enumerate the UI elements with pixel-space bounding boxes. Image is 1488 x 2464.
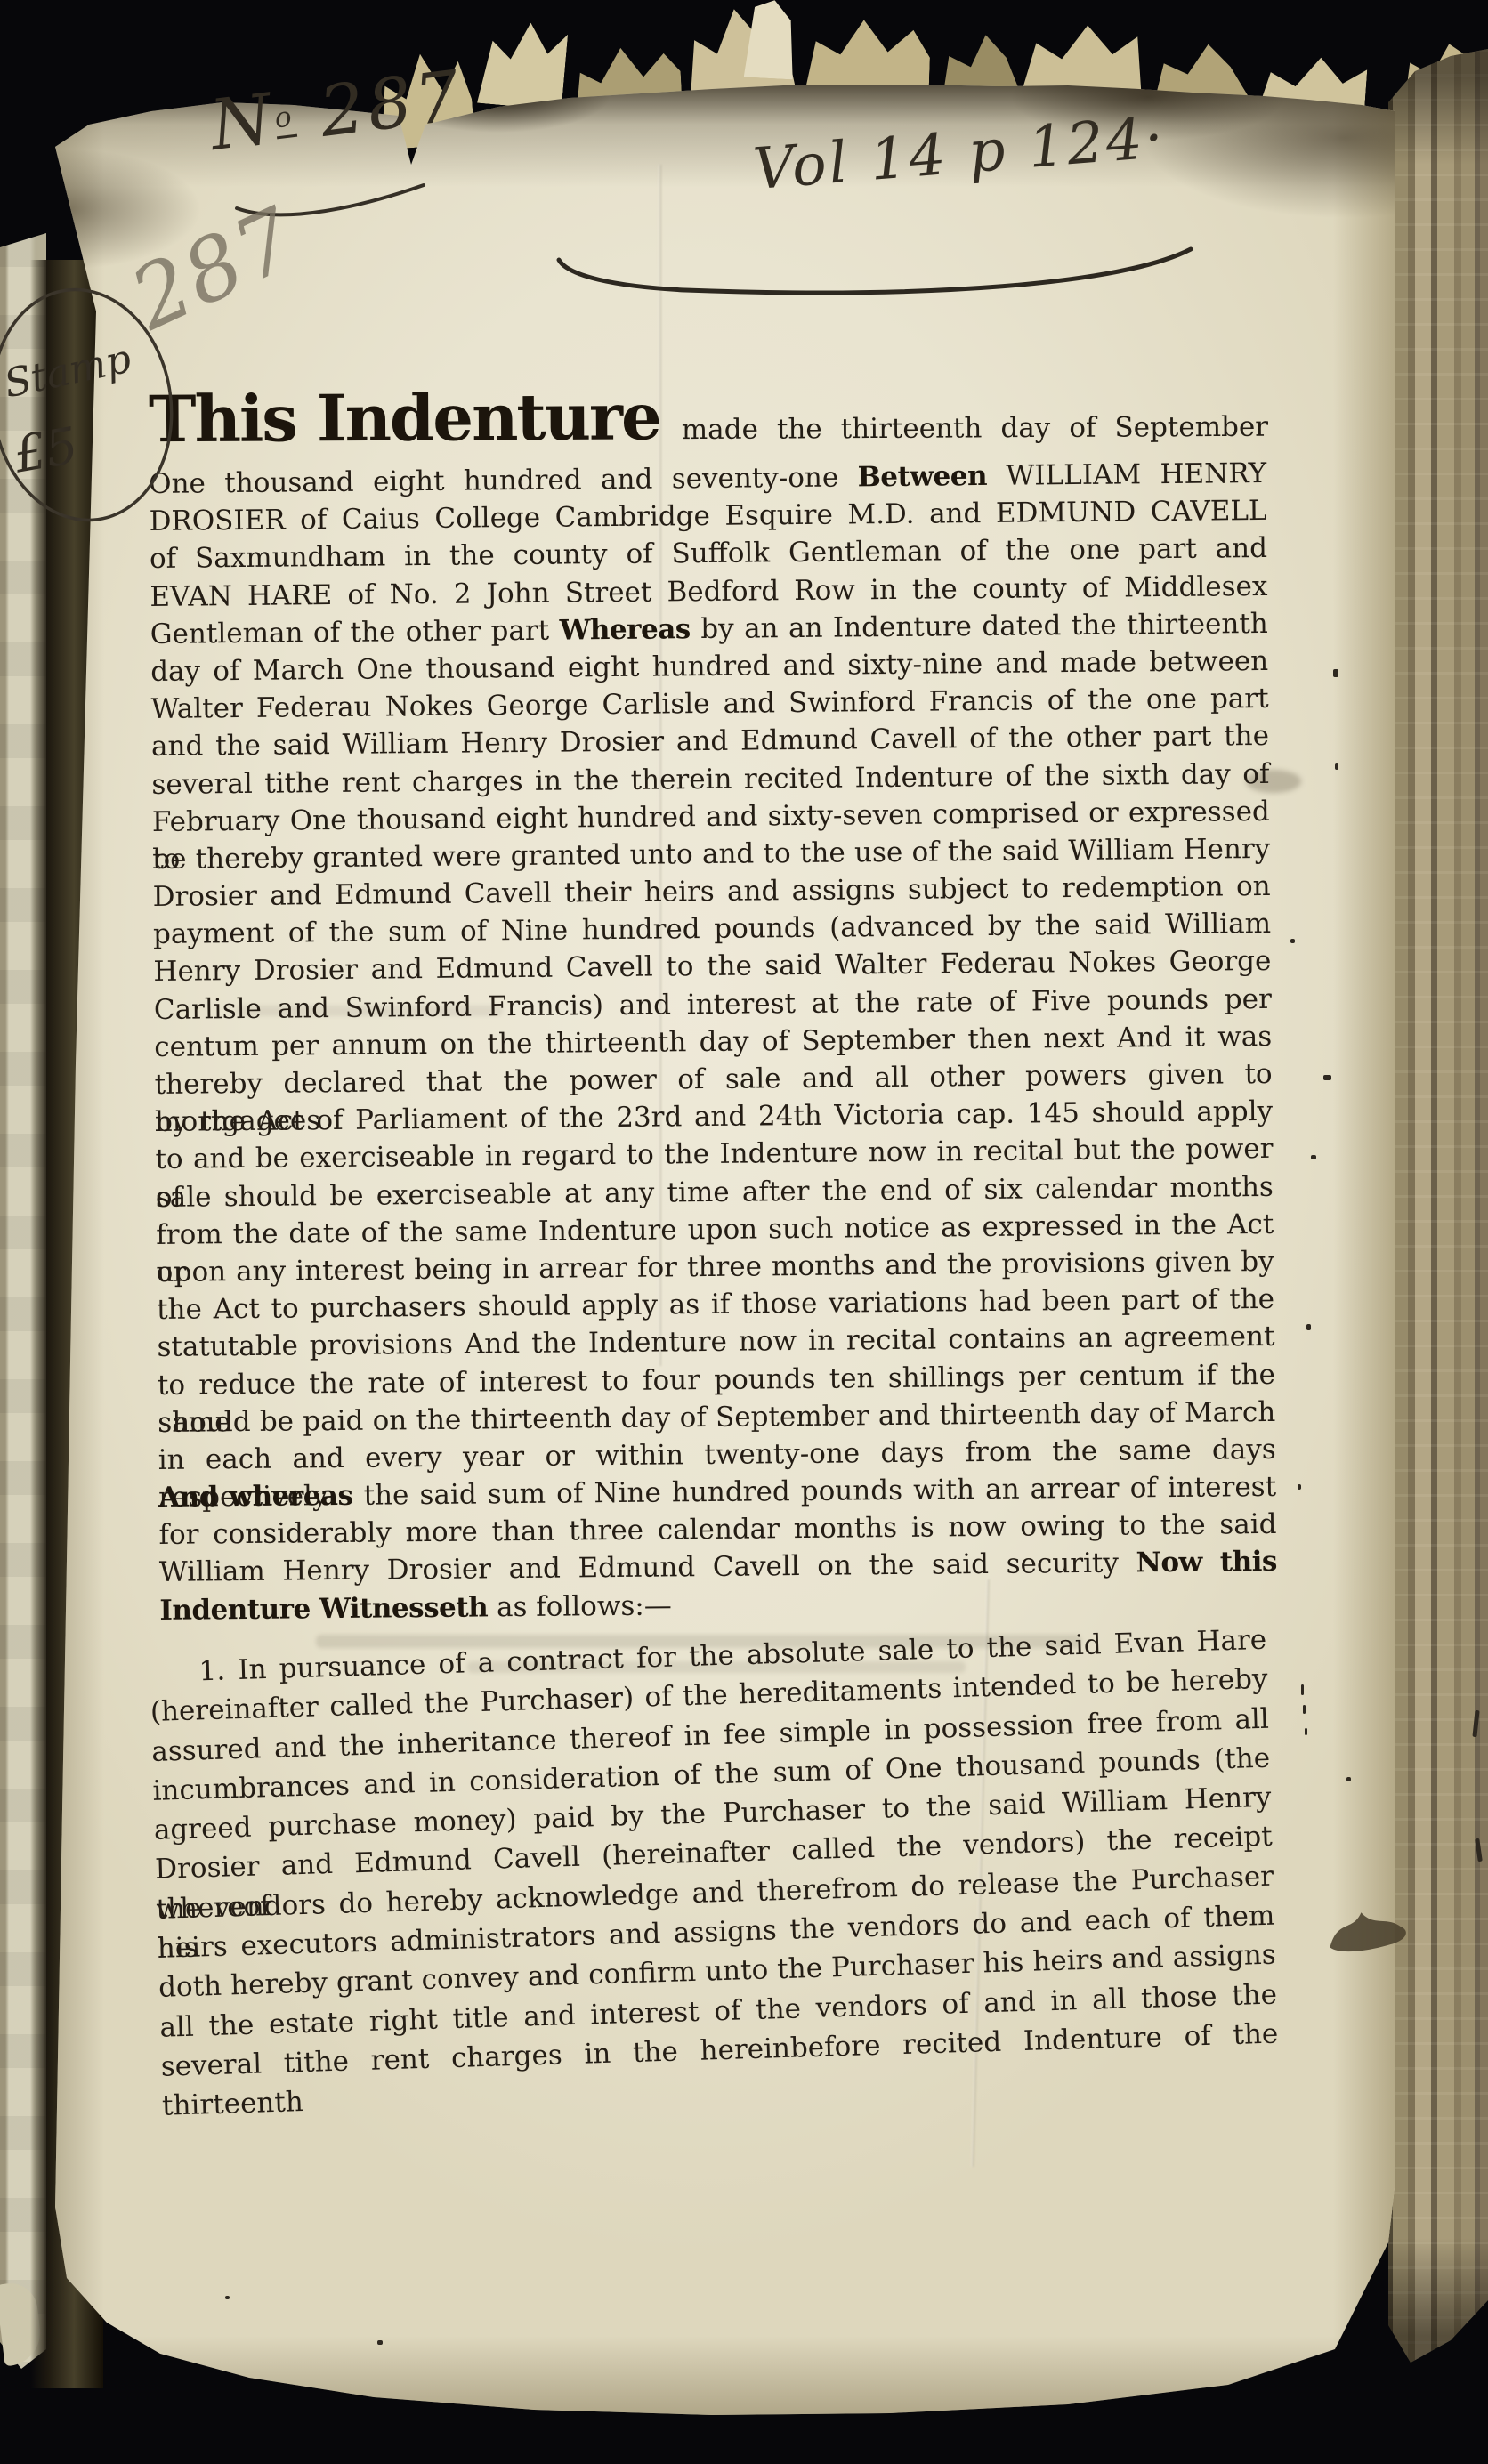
torn-paper-fragment — [744, 0, 797, 79]
ink-speck — [1301, 1684, 1304, 1695]
document-page: This Indenture made the thirteenth day o… — [49, 85, 1395, 2420]
clause-1-paragraph: 1. In pursuance of a contract for the ab… — [149, 1620, 1279, 2087]
doc-number-superscript: o — [273, 101, 298, 139]
text-segment: And whereas — [158, 1480, 353, 1514]
text-segment: William Henry Drosier and Edmund Cavell … — [159, 1547, 1136, 1589]
text-segment: One thousand eight hundred and seventy-o… — [149, 461, 858, 500]
ink-speck — [1305, 1728, 1307, 1735]
document-title-line: This Indenture made the thirteenth day o… — [149, 376, 1268, 457]
text-segment: Now this — [1136, 1546, 1277, 1579]
recitals-paragraph: One thousand eight hundred and seventy-o… — [149, 455, 1277, 1629]
text-segment: WILLIAM HENRY — [987, 457, 1266, 492]
ink-speck — [1335, 763, 1338, 770]
document-title: This Indenture — [149, 378, 660, 456]
text-segment: Indenture Witnesseth — [159, 1591, 488, 1627]
scanned-document-photo: This Indenture made the thirteenth day o… — [0, 0, 1488, 2464]
ink-speck — [1346, 1777, 1351, 1781]
stamp-oval — [0, 287, 189, 529]
volume-underline-flourish — [552, 238, 1201, 305]
ink-speck — [1303, 1705, 1306, 1714]
text-segment: as follows:— — [488, 1589, 672, 1623]
doc-number-prefix: N — [206, 79, 280, 166]
text-segment: Gentleman of the other part — [150, 614, 560, 650]
text-segment: Between — [857, 460, 987, 493]
text-segment: by an an Indenture dated the thirteenth — [691, 608, 1268, 645]
ink-speck — [1333, 669, 1338, 677]
ink-speck — [1323, 1075, 1331, 1080]
ink-speck — [225, 2296, 230, 2299]
text-segment: Whereas — [559, 613, 691, 646]
document-title-continuation: made the thirteenth day of September — [682, 411, 1268, 446]
ink-speck — [1311, 1155, 1316, 1159]
torn-paper-fragment — [477, 19, 569, 110]
ink-speck — [1290, 939, 1295, 943]
ink-speck — [1306, 1324, 1311, 1330]
book-page-fore-edges — [1388, 49, 1488, 2371]
ink-speck — [1298, 1484, 1301, 1490]
ink-scribble-mark — [1322, 1901, 1419, 1956]
stamp-annotation-amount: £5 — [10, 416, 82, 484]
ink-speck — [377, 2340, 383, 2345]
text-segment: the said sum of Nine hundred pounds with… — [352, 1471, 1276, 1512]
